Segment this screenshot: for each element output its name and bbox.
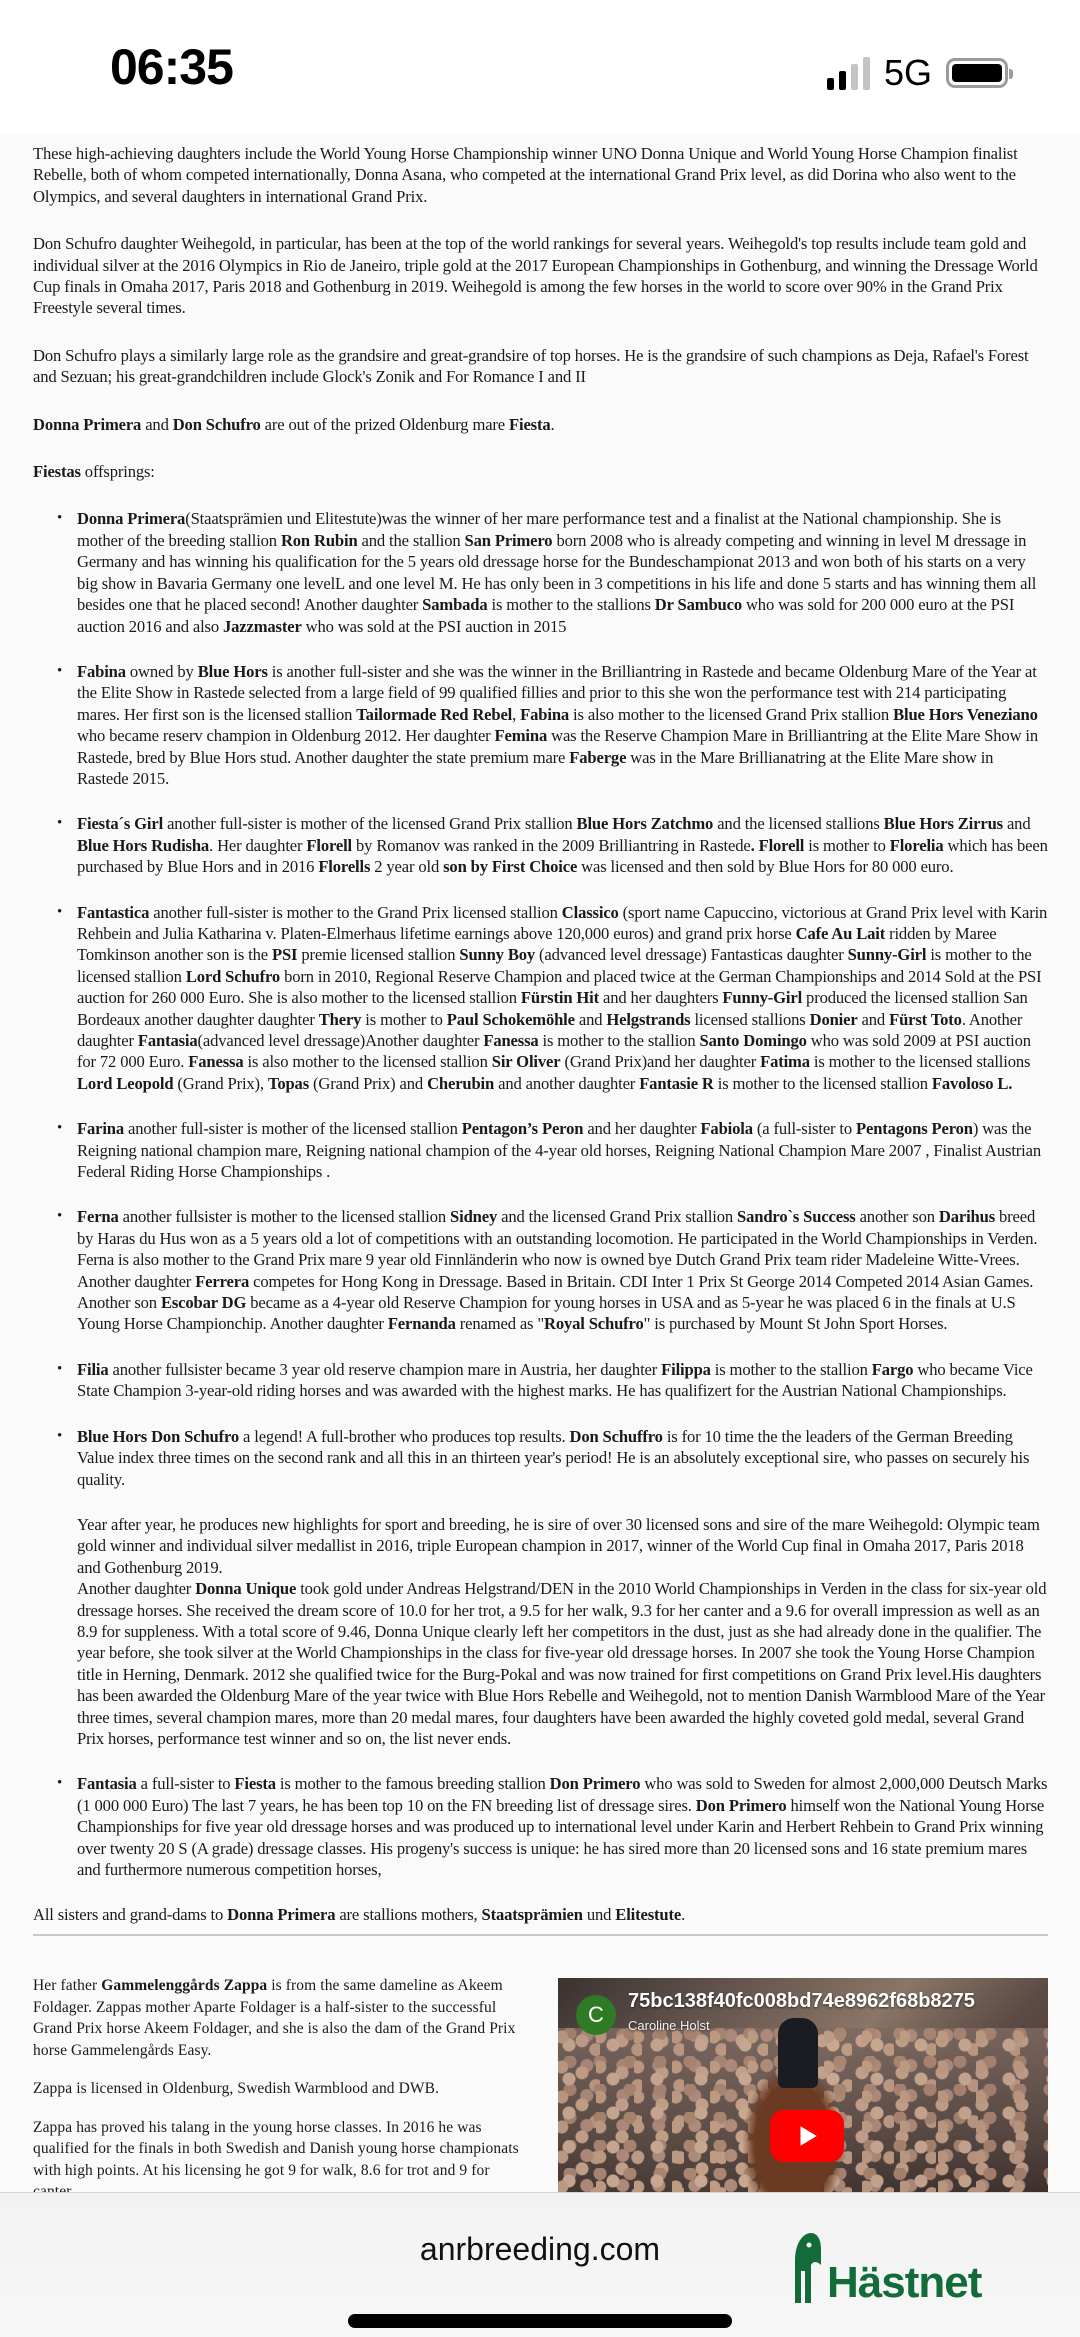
- text-run: (Grand Prix)and her daughter: [560, 1052, 760, 1071]
- bold-name: Staatsprämien: [482, 1905, 583, 1924]
- offspring-list-item: Blue Hors Don Schufro a legend! A full-b…: [77, 1426, 1048, 1750]
- bold-name: Blue Hors Zatchmo: [577, 814, 714, 833]
- bold-name: Pentagon’s Peron: [462, 1119, 584, 1138]
- channel-avatar[interactable]: C: [576, 1995, 616, 2035]
- text-run: was licensed and then sold by Blue Hors …: [577, 857, 953, 876]
- play-button[interactable]: [770, 2110, 844, 2162]
- bold-name: Paul Schokemöhle: [447, 1010, 575, 1029]
- offspring-list-item: Fabina owned by Blue Hors is another ful…: [77, 661, 1048, 789]
- bold-name: Donna Primera: [227, 1905, 335, 1924]
- bold-name: Fiesta´s Girl: [77, 814, 163, 833]
- signal-strength-icon: [827, 56, 870, 90]
- text-run: and the licensed stallions: [713, 814, 883, 833]
- bold-name: Don Primero: [696, 1796, 787, 1815]
- text-run: (advanced level dressage) Fantasticas da…: [535, 945, 848, 964]
- text-run: and the licensed Grand Prix stallion: [497, 1207, 737, 1226]
- bold-name: Topas: [268, 1074, 309, 1093]
- text-run: is mother to: [804, 836, 889, 855]
- text-run: .: [551, 415, 555, 434]
- offspring-list-item: Fantastica another full-sister is mother…: [77, 902, 1048, 1095]
- offspring-list: Donna Primera(Staatsprämien und Elitestu…: [33, 508, 1048, 1880]
- bold-name: Don Schuffro: [570, 1427, 663, 1446]
- text-run: is also mother to the licensed stallion: [243, 1052, 491, 1071]
- bold-name: Sandro`s Success: [737, 1207, 856, 1226]
- bold-name: Dr Sambuco: [655, 595, 742, 614]
- bold-name: Donna Unique: [195, 1579, 296, 1598]
- bold-name: Classico: [562, 903, 619, 922]
- text-run: Zappa has proved his talang in the young…: [33, 2119, 519, 2193]
- text-run: another full-sister is mother of the lic…: [163, 814, 576, 833]
- text-run: is mother to the stallions: [488, 595, 655, 614]
- bold-name: Thery: [319, 1010, 362, 1029]
- bold-name: Sir Oliver: [492, 1052, 561, 1071]
- bold-name: Lord Leopold: [77, 1074, 173, 1093]
- bold-name: Escobar DG: [161, 1293, 246, 1312]
- text-run: (Grand Prix),: [173, 1074, 268, 1093]
- bold-name: PSI: [272, 945, 297, 964]
- offspring-list-item: Donna Primera(Staatsprämien und Elitestu…: [77, 508, 1048, 636]
- bold-name: Filia: [77, 1360, 109, 1379]
- bold-name: Fanessa: [188, 1052, 243, 1071]
- text-run: licensed stallions: [690, 1010, 809, 1029]
- offspring-continuation: Year after year, he produces new highlig…: [77, 1514, 1048, 1749]
- bold-name: Fargo: [872, 1360, 914, 1379]
- text-run: 2 year old: [370, 857, 443, 876]
- text-run: . Her daughter: [209, 836, 306, 855]
- bold-name: Blue Hors: [198, 662, 268, 681]
- bold-name: Fabina: [520, 705, 569, 724]
- thumbnail-rider: [778, 2018, 818, 2088]
- text-run: are out of the prized Oldenburg mare: [261, 415, 509, 434]
- text-run: another fullsister became 3 year old res…: [109, 1360, 662, 1379]
- bold-name: Fürstin Hit: [521, 988, 599, 1007]
- bold-name: Farina: [77, 1119, 124, 1138]
- text-run: and the stallion: [358, 531, 465, 550]
- bold-name: Don Primero: [550, 1774, 641, 1793]
- text-run: and her daughters: [599, 988, 722, 1007]
- text-run: are stallions mothers,: [335, 1905, 481, 1924]
- text-run: (advanced level dressage)Another daughte…: [198, 1031, 484, 1050]
- text-run: another son: [856, 1207, 939, 1226]
- text-run: .: [681, 1905, 685, 1924]
- text-run: another full-sister is mother to the Gra…: [149, 903, 562, 922]
- bold-name: Royal Schufro: [544, 1314, 644, 1333]
- bold-name: Favoloso L.: [932, 1074, 1012, 1093]
- play-icon: [794, 2123, 820, 2149]
- hastnet-wordmark: Hästnet: [827, 2263, 981, 2303]
- bold-name: San Primero: [465, 531, 553, 550]
- bold-name: son by First Choice: [443, 857, 577, 876]
- text-run: and: [141, 415, 173, 434]
- bold-name: Ferrera: [195, 1272, 249, 1291]
- bold-name: . Florell: [751, 836, 805, 855]
- text-run: Her father: [33, 1977, 101, 1994]
- text-run: another full-sister is mother of the lic…: [124, 1119, 462, 1138]
- hastnet-logo: Hästnet: [787, 2231, 981, 2303]
- bold-name: Gammelenggårds Zappa: [101, 1977, 267, 1994]
- web-page[interactable]: These high-achieving daughters include t…: [0, 135, 1080, 2192]
- bold-name: Fantasia: [138, 1031, 198, 1050]
- text-run: offsprings:: [81, 462, 155, 481]
- bold-name: Cherubin: [427, 1074, 494, 1093]
- bold-name: Fiestas: [33, 462, 81, 481]
- text-run: took gold under Andreas Helgstrand/DEN i…: [77, 1579, 1046, 1748]
- bold-name: Ferna: [77, 1207, 119, 1226]
- status-indicators: 5G: [827, 52, 1008, 94]
- battery-icon: [946, 58, 1008, 88]
- text-run: who became reserv champion in Oldenburg …: [77, 726, 495, 745]
- text-run: " is purchased by Mount St John Sport Ho…: [644, 1314, 948, 1333]
- bold-name: Fantasie R: [639, 1074, 714, 1093]
- zappa-paragraph-2: Zappa is licensed in Oldenburg, Swedish …: [33, 2078, 523, 2100]
- video-title[interactable]: 75bc138f40fc008bd74e8962f68b8275: [628, 1990, 975, 2013]
- text-run: All sisters and grand-dams to: [33, 1905, 227, 1924]
- bold-name: Santo Domingo: [699, 1031, 806, 1050]
- bold-name: Elitestute: [615, 1905, 681, 1924]
- bold-name: Cafe Au Lait: [796, 924, 885, 943]
- text-run: a legend! A full-brother who produces to…: [239, 1427, 569, 1446]
- text-run: premie licensed stallion: [297, 945, 459, 964]
- text-run: and her daughter: [583, 1119, 700, 1138]
- bold-name: Lord Schufro: [186, 967, 280, 986]
- network-type: 5G: [884, 52, 932, 94]
- bold-name: Fantastica: [77, 903, 149, 922]
- bold-name: Pentagons Peron: [856, 1119, 973, 1138]
- youtube-video-embed[interactable]: C 75bc138f40fc008bd74e8962f68b8275 Carol…: [558, 1978, 1048, 2192]
- text-run: owned by: [126, 662, 198, 681]
- text-run: who was sold at the PSI auction in 2015: [302, 617, 567, 636]
- text-run: by Romanov was ranked in the 2009 Brilli…: [352, 836, 751, 855]
- zappa-paragraph-3: Zappa has proved his talang in the young…: [33, 2117, 523, 2193]
- bold-name: Ron Rubin: [281, 531, 358, 550]
- text-run: renamed as ": [456, 1314, 544, 1333]
- bold-name: Tailormade Red Rebel: [356, 705, 512, 724]
- bold-name: Florells: [318, 857, 370, 876]
- text-run: (Grand Prix) and: [309, 1074, 427, 1093]
- status-time: 06:35: [110, 38, 233, 96]
- intro-paragraph-2: Don Schufro daughter Weihegold, in parti…: [33, 233, 1048, 319]
- bold-name: Darihus: [939, 1207, 995, 1226]
- bold-name: Fatima: [760, 1052, 810, 1071]
- intro-paragraph-3: Don Schufro plays a similarly large role…: [33, 345, 1048, 388]
- bold-name: Florell: [306, 836, 352, 855]
- text-run: is mother to: [361, 1010, 446, 1029]
- zappa-description: Her father Gammelenggårds Zappa is from …: [33, 1975, 523, 2192]
- text-run: and another daughter: [494, 1074, 639, 1093]
- bold-name: Blue Hors Zirrus: [884, 814, 1003, 833]
- offspring-list-item: Farina another full-sister is mother of …: [77, 1118, 1048, 1182]
- text-run: and: [1003, 814, 1031, 833]
- bold-name: Fabiola: [700, 1119, 752, 1138]
- bold-name: Donier: [810, 1010, 858, 1029]
- bold-name: Florelia: [890, 836, 944, 855]
- bold-name: Jazzmaster: [223, 617, 302, 636]
- text-run: ,: [512, 705, 520, 724]
- bold-name: Blue Hors Rudisha: [77, 836, 209, 855]
- bold-name: Sambada: [422, 595, 487, 614]
- offspring-list-item: Filia another fullsister became 3 year o…: [77, 1359, 1048, 1402]
- bold-name: Blue Hors Don Schufro: [77, 1427, 239, 1446]
- text-run: another fullsister is mother to the lice…: [119, 1207, 450, 1226]
- home-indicator[interactable]: [348, 2314, 732, 2328]
- text-run: is mother to the famous breeding stallio…: [276, 1774, 550, 1793]
- text-run: Another daughter: [77, 1579, 195, 1598]
- text-run: is also mother to the licensed Grand Pri…: [569, 705, 893, 724]
- browser-bottom-bar: anrbreeding.com Hästnet: [0, 2192, 1080, 2337]
- bold-name: Fürst Toto: [889, 1010, 962, 1029]
- bold-name: Funny-Girl: [722, 988, 802, 1007]
- text-run: is mother to the licensed stallion: [714, 1074, 932, 1093]
- bold-name: Don Schufro: [173, 415, 261, 434]
- bold-name: Filippa: [661, 1360, 711, 1379]
- offspring-list-item: Ferna another fullsister is mother to th…: [77, 1206, 1048, 1334]
- closing-line: All sisters and grand-dams to Donna Prim…: [33, 1904, 1048, 1925]
- bold-name: Blue Hors Veneziano: [893, 705, 1038, 724]
- text-run: is mother to the stallion: [539, 1031, 700, 1050]
- bold-name: Sunny Boy: [459, 945, 535, 964]
- offspring-heading: Fiestas offsprings:: [33, 461, 1048, 482]
- text-run: is mother to the licensed stallions: [810, 1052, 1030, 1071]
- offspring-list-item: Fiesta´s Girl another full-sister is mot…: [77, 813, 1048, 877]
- status-bar: 06:35 5G: [0, 0, 1080, 135]
- bold-name: Helgstrands: [606, 1010, 690, 1029]
- bold-name: Sidney: [450, 1207, 497, 1226]
- bold-name: Fanessa: [483, 1031, 538, 1050]
- text-run: und: [583, 1905, 615, 1924]
- text-run: Zappa is licensed in Oldenburg, Swedish …: [33, 2080, 439, 2097]
- text-run: and: [858, 1010, 890, 1029]
- bold-name: Fernanda: [388, 1314, 456, 1333]
- article: These high-achieving daughters include t…: [33, 143, 1048, 1952]
- bold-name: Faberge: [569, 748, 626, 767]
- section-divider: [33, 1934, 1048, 1936]
- text-run: and: [575, 1010, 607, 1029]
- bold-name: Fiesta: [509, 415, 551, 434]
- bold-name: Fabina: [77, 662, 126, 681]
- text-run: Year after year, he produces new highlig…: [77, 1515, 1040, 1577]
- horse-head-icon: [787, 2231, 823, 2303]
- bold-name: Sunny-Girl: [848, 945, 927, 964]
- video-channel-name[interactable]: Caroline Holst: [628, 2018, 710, 2033]
- bold-name: Fiesta: [234, 1774, 276, 1793]
- parents-line: Donna Primera and Don Schufro are out of…: [33, 414, 1048, 435]
- text-run: is mother to the stallion: [711, 1360, 872, 1379]
- text-run: a full-sister to: [137, 1774, 235, 1793]
- offspring-list-item: Fantasia a full-sister to Fiesta is moth…: [77, 1773, 1048, 1880]
- bold-name: Donna Primera: [33, 415, 141, 434]
- intro-paragraph-1: These high-achieving daughters include t…: [33, 143, 1048, 207]
- bold-name: Donna Primera: [77, 509, 185, 528]
- text-run: (a full-sister to: [753, 1119, 856, 1138]
- bold-name: Fantasia: [77, 1774, 137, 1793]
- bold-name: Femina: [495, 726, 548, 745]
- zappa-paragraph-1: Her father Gammelenggårds Zappa is from …: [33, 1975, 523, 2061]
